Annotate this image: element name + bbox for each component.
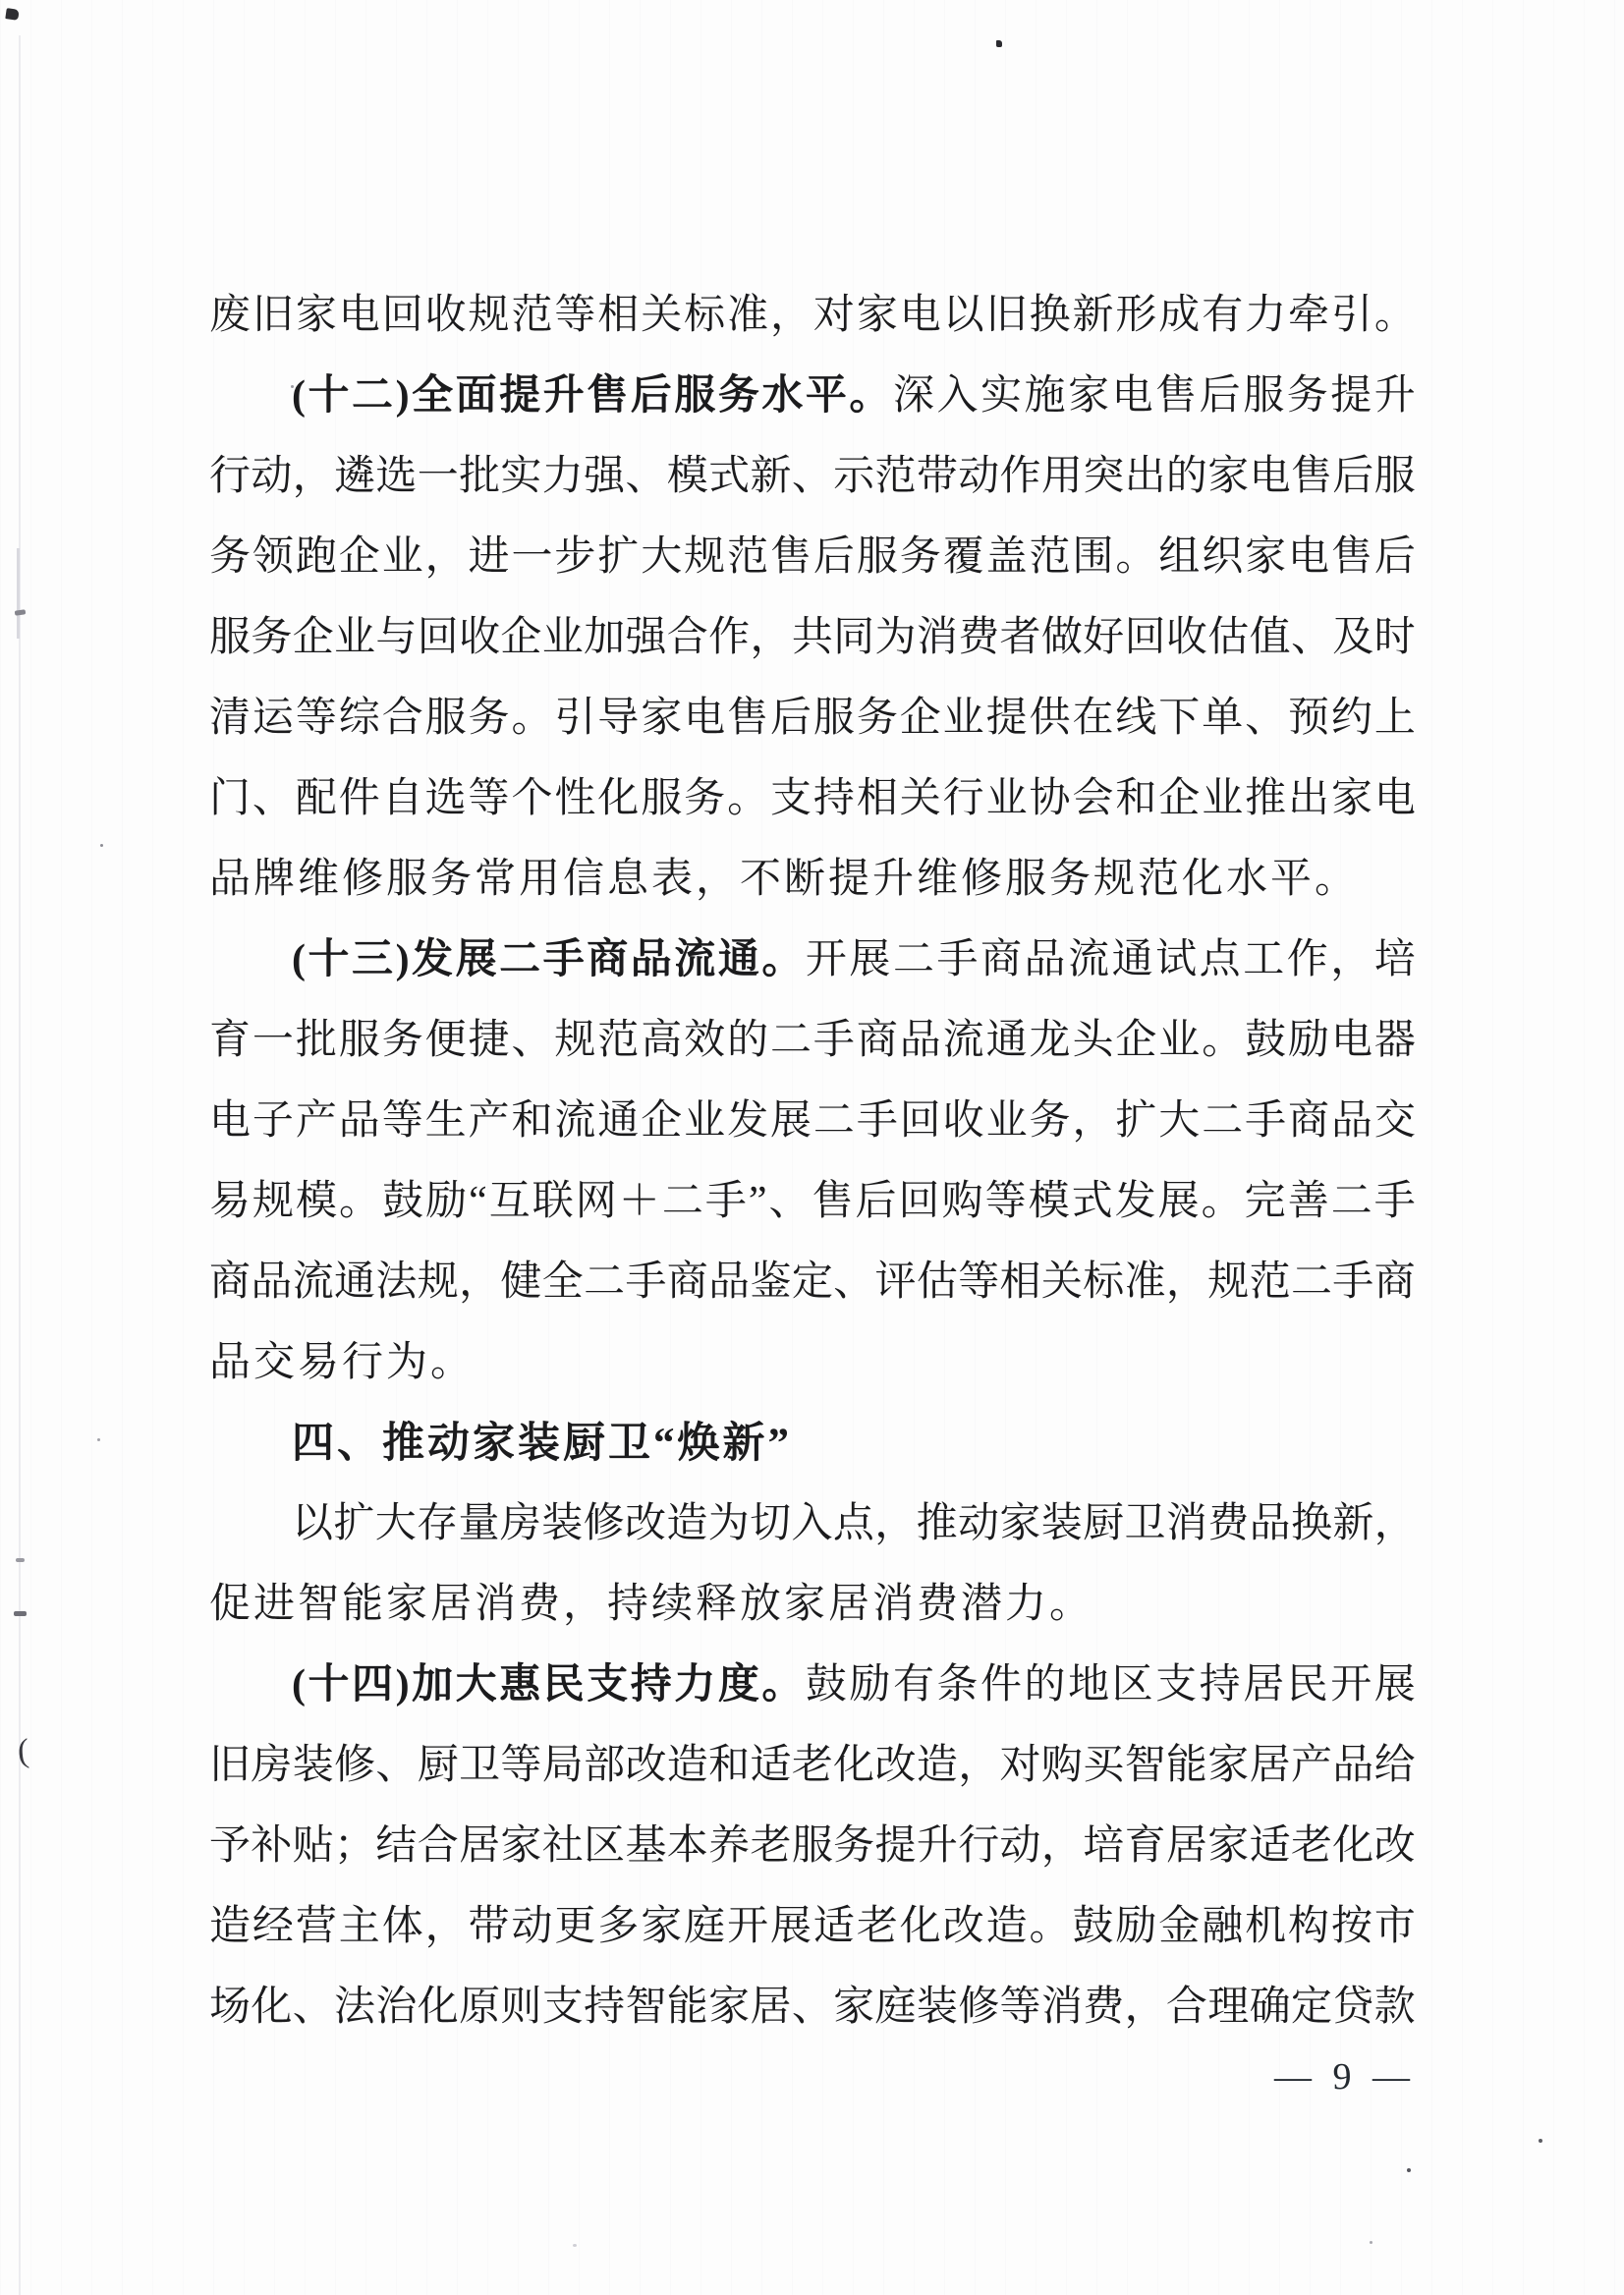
scan-speck	[100, 844, 103, 847]
text-line: 电子产品等生产和流通企业发展二手回收业务，扩大二手商品交	[209, 1077, 1416, 1157]
scan-edge-line-segment	[17, 548, 20, 639]
scanned-document-page: ( 废旧家电回收规范等相关标准，对家电以旧换新形成有力牵引。(十二)全面提升售后…	[0, 0, 1624, 2295]
text-line: 清运等综合服务。引导家电售后服务企业提供在线下单、预约上	[209, 674, 1416, 755]
text-line: (十四)加大惠民支持力度。鼓励有条件的地区支持居民开展	[209, 1641, 1416, 1721]
text-line: 品交易行为。	[209, 1318, 1416, 1399]
scan-tick-mark	[15, 609, 27, 615]
text-line: 育一批服务便捷、规范高效的二手商品流通龙头企业。鼓励电器	[209, 996, 1416, 1077]
text-line: 品牌维修服务常用信息表，不断提升维修服务规范化水平。	[209, 835, 1416, 916]
text-line: 务领跑企业，进一步扩大规范售后服务覆盖范围。组织家电售后	[209, 513, 1416, 593]
scan-speck	[97, 1438, 100, 1441]
text-line: 门、配件自选等个性化服务。支持相关行业协会和企业推出家电	[209, 755, 1416, 835]
text-block: 废旧家电回收规范等相关标准，对家电以旧换新形成有力牵引。(十二)全面提升售后服务…	[209, 271, 1416, 2043]
text-line: 以扩大存量房装修改造为切入点，推动家装厨卫消费品换新，	[209, 1480, 1416, 1560]
scan-tick-mark	[16, 1558, 25, 1562]
text-line: 废旧家电回收规范等相关标准，对家电以旧换新形成有力牵引。	[209, 271, 1416, 352]
scan-corner-mark	[5, 8, 19, 21]
text-line: 行动，遴选一批实力强、模式新、示范带动作用突出的家电售后服	[209, 432, 1416, 513]
text-line: 予补贴；结合居家社区基本养老服务提升行动，培育居家适老化改	[209, 1802, 1416, 1882]
text-line: (十三)发展二手商品流通。开展二手商品流通试点工作，培	[209, 916, 1416, 996]
scan-speck	[1407, 2168, 1411, 2172]
scan-paren-mark: (	[17, 1733, 30, 1771]
scan-speck	[573, 2244, 577, 2247]
scan-speck	[1539, 2139, 1542, 2143]
text-line: 服务企业与回收企业加强合作，共同为消费者做好回收估值、及时	[209, 593, 1416, 674]
text-line: 造经营主体，带动更多家庭开展适老化改造。鼓励金融机构按市	[209, 1882, 1416, 1963]
scan-speck	[1370, 2241, 1372, 2244]
text-line: 易规模。鼓励“互联网＋二手”、售后回购等模式发展。完善二手	[209, 1157, 1416, 1238]
text-line: 促进智能家居消费，持续释放家居消费潜力。	[209, 1560, 1416, 1641]
text-line: 旧房装修、厨卫等局部改造和适老化改造，对购买智能家居产品给	[209, 1721, 1416, 1802]
text-line: 场化、法治化原则支持智能家居、家庭装修等消费，合理确定贷款	[209, 1963, 1416, 2043]
page-number: — 9 —	[1236, 2055, 1416, 2099]
scan-edge-line	[19, 35, 21, 2295]
text-line: 商品流通法规，健全二手商品鉴定、评估等相关标准，规范二手商	[209, 1238, 1416, 1318]
scan-speck	[996, 40, 1002, 47]
section-heading: 四、推动家装厨卫“焕新”	[209, 1399, 1416, 1480]
text-line: (十二)全面提升售后服务水平。深入实施家电售后服务提升	[209, 352, 1416, 432]
scan-tick-mark	[14, 1611, 27, 1616]
